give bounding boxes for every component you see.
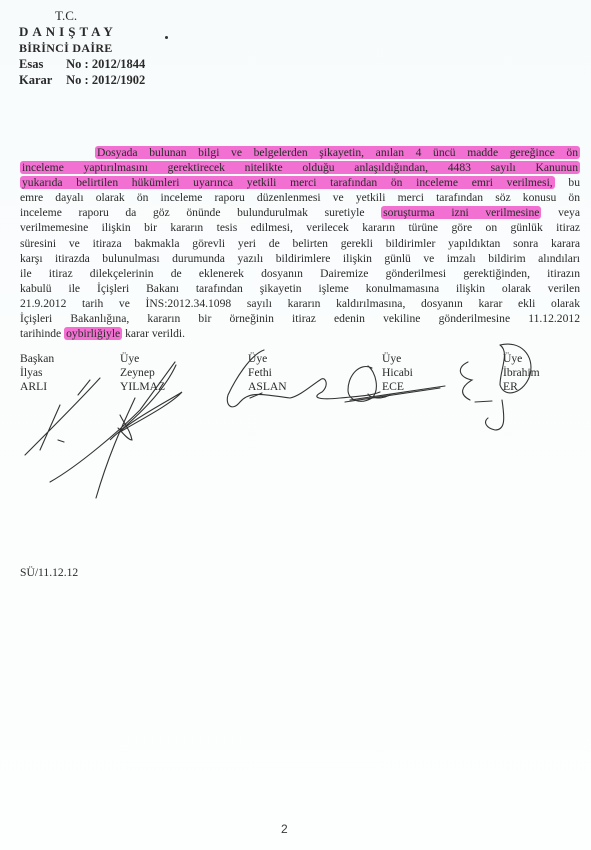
body-line: İçişleri Bakanlığına, kararın bir örneği… (20, 311, 580, 326)
page-number: 2 (281, 822, 288, 836)
chamber-name: BİRİNCİ DAİRE (19, 40, 145, 56)
highlighted-text: yukarıda belirtilen hükümleri uyarınca y… (20, 176, 555, 189)
signature-last-name: YILMAZ (120, 380, 165, 394)
esas-number-row: Esas No : 2012/1844 (19, 56, 145, 72)
signature-title: Başkan (20, 352, 54, 366)
body-line: inceleme raporu da göz önünde bulundurul… (20, 205, 580, 220)
body-line: süresini ve itiraza bakmakla görevli yer… (20, 236, 580, 251)
karar-label: Karar (19, 72, 63, 88)
signature-last-name: ER (503, 380, 540, 394)
signature-last-name: ASLAN (248, 380, 287, 394)
esas-label: Esas (19, 56, 63, 72)
body-line: inceleme yaptırılmasını gerektirecek nit… (20, 160, 580, 175)
signature-title: Üye (248, 352, 287, 366)
stray-dot-mark (165, 36, 168, 39)
signature-title: Üye (120, 352, 165, 366)
country-label: T.C. (19, 8, 145, 24)
karar-number-row: Karar No : 2012/1902 (19, 72, 145, 88)
document-header: T.C. DANIŞTAY BİRİNCİ DAİRE Esas No : 20… (19, 8, 145, 88)
body-line: Dosyada bulunan bilgi ve belgelerden şik… (20, 145, 580, 160)
karar-number: No : 2012/1902 (66, 73, 145, 87)
signature-baskan: Başkan İlyas ARLI (20, 352, 54, 394)
signature-uye-3: Üye Hicabi ECE (382, 352, 413, 394)
signature-last-name: ECE (382, 380, 413, 394)
court-name: DANIŞTAY (19, 24, 145, 40)
body-line: ile itiraz dilekçelerinin de eklenerek d… (20, 266, 580, 281)
signature-last-name: ARLI (20, 380, 54, 394)
body-line: 21.9.2012 tarih ve İNS:2012.34.1098 sayı… (20, 296, 580, 311)
signature-title: Üye (503, 352, 540, 366)
signature-title: Üye (382, 352, 413, 366)
handwritten-signatures (0, 0, 591, 850)
highlighted-text: Dosyada bulunan bilgi ve belgelerden şik… (95, 146, 580, 159)
signature-first-name: İlyas (20, 366, 54, 380)
highlighted-text: inceleme yaptırılmasını gerektirecek nit… (20, 161, 580, 174)
body-line: kabulü ile İçişleri Bakanı tarafından şi… (20, 281, 580, 296)
body-line: yukarıda belirtilen hükümleri uyarınca y… (20, 175, 580, 190)
signature-uye-4: Üye İbrahim ER (503, 352, 540, 394)
signature-first-name: Fethi (248, 366, 287, 380)
body-line: emre dayalı olarak ön inceleme raporu dü… (20, 190, 580, 205)
body-line: verilmemesine ilişkin bir kararın tesis … (20, 220, 580, 235)
decision-body-text: Dosyada bulunan bilgi ve belgelerden şik… (20, 145, 580, 341)
esas-number: No : 2012/1844 (66, 57, 145, 71)
footer-code: SÜ/11.12.12 (20, 566, 78, 579)
signature-uye-2: Üye Fethi ASLAN (248, 352, 287, 394)
highlighted-text: soruşturma izni verilmesine (381, 206, 541, 219)
signature-first-name: Zeynep (120, 366, 165, 380)
document-page: T.C. DANIŞTAY BİRİNCİ DAİRE Esas No : 20… (0, 0, 591, 850)
signature-first-name: İbrahim (503, 366, 540, 380)
signature-first-name: Hicabi (382, 366, 413, 380)
body-line: karşı itirazda bulunulması durumunda yaz… (20, 251, 580, 266)
signature-uye-1: Üye Zeynep YILMAZ (120, 352, 165, 394)
highlighted-text: oybirliğiyle (64, 327, 122, 340)
body-line: tarihinde oybirliğiyle karar verildi. (20, 326, 580, 341)
